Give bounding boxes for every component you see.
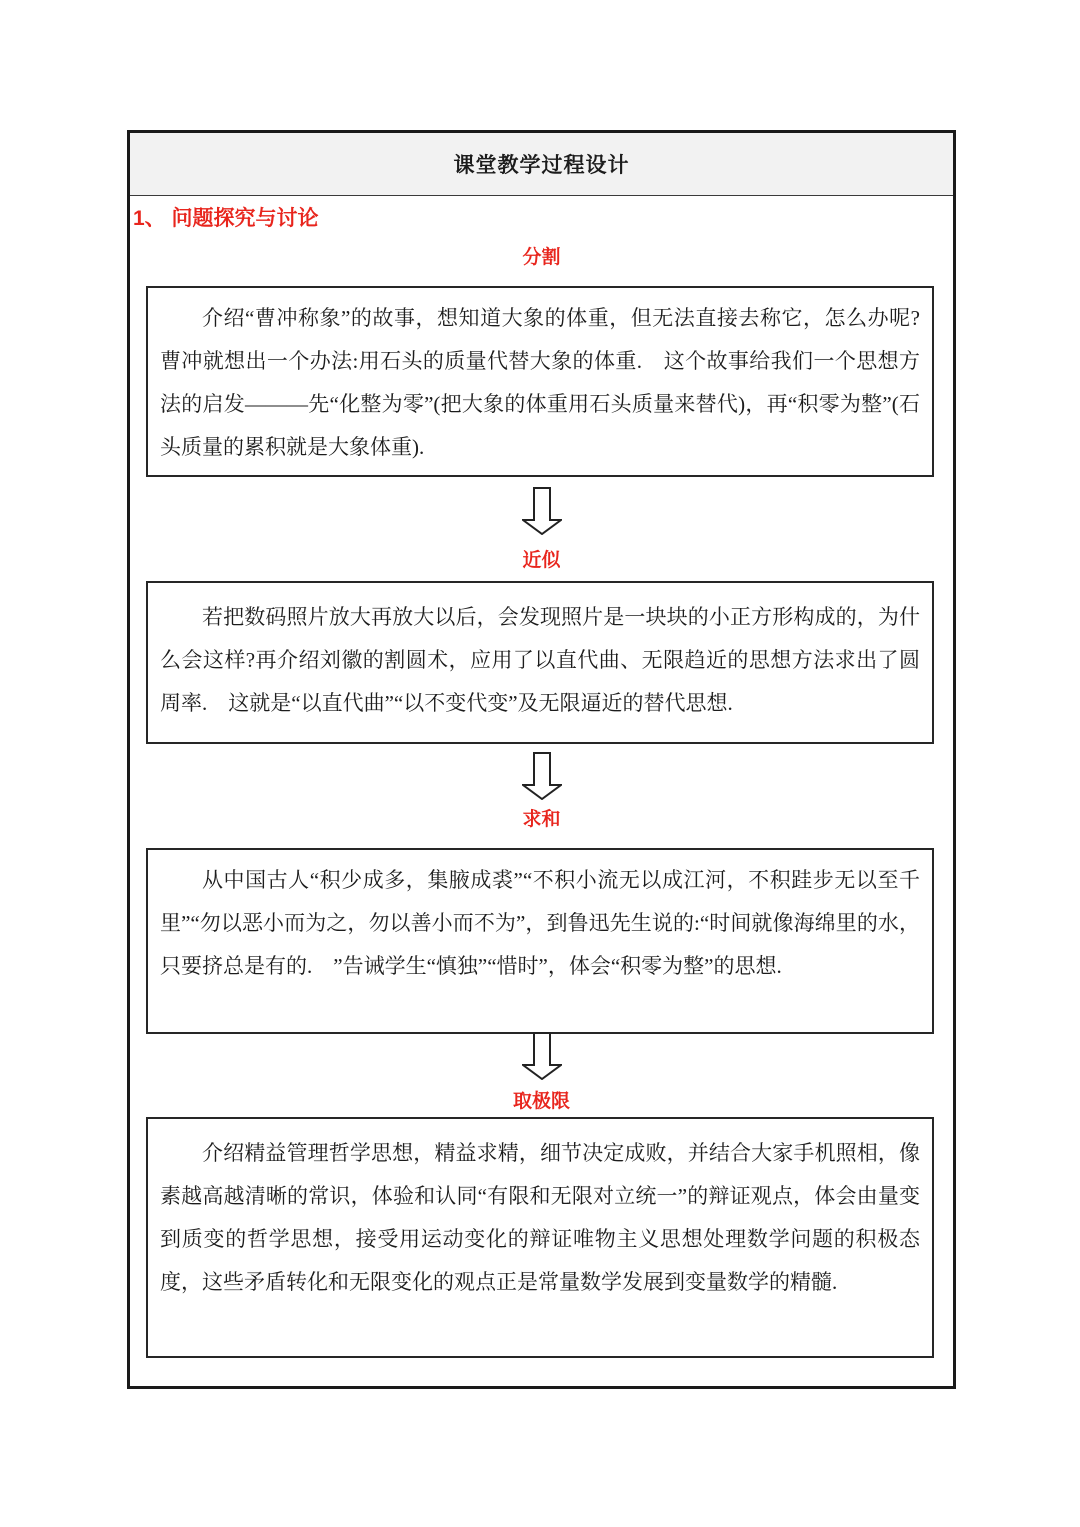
stage-label-limit: 取极限 (130, 1090, 953, 1114)
stage-paragraph: 从中国古人“积少成多，集腋成裘”“不积小流无以成江河，不积跬步无以至千里”“勿以… (160, 859, 920, 988)
stage-paragraph: 若把数码照片放大再放大以后，会发现照片是一块块的小正方形构成的，为什么会这样?再… (160, 596, 920, 725)
down-arrow-icon (522, 1032, 562, 1080)
stage-paragraph: 介绍精益管理哲学思想，精益求精，细节决定成败，并结合大家手机照相，像素越高越清晰… (160, 1132, 920, 1304)
down-arrow-icon (522, 752, 562, 800)
lesson-design-table: 课堂教学过程设计 1、 问题探究与讨论 分割 介绍“曹冲称象”的故事，想知道大象… (127, 130, 956, 1389)
stage-box-segmentation: 介绍“曹冲称象”的故事，想知道大象的体重，但无法直接去称它，怎么办呢? 曹冲就想… (146, 286, 934, 477)
stage-box-limit: 介绍精益管理哲学思想，精益求精，细节决定成败，并结合大家手机照相，像素越高越清晰… (146, 1117, 934, 1358)
stage-box-summation: 从中国古人“积少成多，集腋成裘”“不积小流无以成江河，不积跬步无以至千里”“勿以… (146, 848, 934, 1034)
stage-box-approximation: 若把数码照片放大再放大以后，会发现照片是一块块的小正方形构成的，为什么会这样?再… (146, 581, 934, 744)
page-title: 课堂教学过程设计 (454, 149, 630, 179)
stage-label-summation: 求和 (130, 808, 953, 832)
down-arrow-icon (522, 487, 562, 535)
section-heading: 1、 问题探究与讨论 (130, 206, 953, 232)
stage-label-approximation: 近似 (130, 549, 953, 573)
stage-paragraph: 介绍“曹冲称象”的故事，想知道大象的体重，但无法直接去称它，怎么办呢? 曹冲就想… (160, 297, 920, 469)
stage-label-segmentation: 分割 (130, 246, 953, 270)
table-header: 课堂教学过程设计 (130, 133, 953, 196)
